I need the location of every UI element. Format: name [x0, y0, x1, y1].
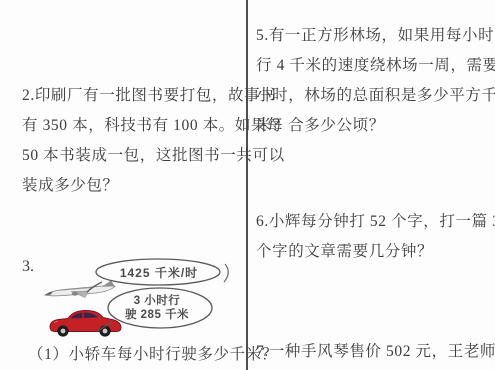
problem-3-number: 3. — [22, 258, 34, 276]
problem-7-line-1: 7.一种手风琴售价 502 元，王老师带 — [256, 337, 495, 367]
problem-6-line-1: 6.小辉每分钟打 52 个字，打一篇 364 — [256, 207, 495, 237]
problem-7: 7.一种手风琴售价 502 元，王老师带 — [256, 337, 495, 367]
problem-5-line-3: 小时，林场的总面积是多少平方千 — [256, 81, 495, 111]
problem-6: 6.小辉每分钟打 52 个字，打一篇 364 个字的文章需要几分钟？ — [256, 207, 495, 267]
car-distance-line-2: 驶 285 千米 — [98, 308, 216, 322]
plane-speed-label: 1425 千米/时 — [86, 257, 232, 281]
problem-6-line-2: 个字的文章需要几分钟？ — [256, 237, 495, 267]
problem-2-line-3: 50 本书装成一包，这批图书一共可以 — [22, 141, 285, 171]
worksheet-page: 2.印刷厂有一批图书要打包，故事书 有 350 本，科技书有 100 本。如果每… — [0, 0, 495, 370]
problem-5-line-2: 行 4 千米的速度绕林场一周，需要 6 — [256, 51, 495, 81]
problem-5-line-4: 米？合多少公顷？ — [256, 111, 495, 141]
problem-2-line-2: 有 350 本，科技书有 100 本。如果每 — [22, 111, 285, 141]
car-speech-bubble: 3 小时行 驶 285 千米 — [98, 285, 216, 335]
problem-2: 2.印刷厂有一批图书要打包，故事书 有 350 本，科技书有 100 本。如果每… — [22, 81, 285, 201]
problem-5-line-1: 5.有一正方形林场，如果用每小时步 — [256, 21, 495, 51]
problem-5: 5.有一正方形林场，如果用每小时步 行 4 千米的速度绕林场一周，需要 6 小时… — [256, 21, 495, 141]
problem-2-line-4: 装成多少包？ — [22, 171, 285, 201]
car-distance-label: 3 小时行 驶 285 千米 — [98, 285, 216, 322]
problem-3-question-1: （1）小轿车每小时行驶多少千米？ — [28, 342, 278, 364]
car-distance-line-1: 3 小时行 — [98, 294, 216, 308]
problem-2-line-1: 2.印刷厂有一批图书要打包，故事书 — [22, 81, 285, 111]
